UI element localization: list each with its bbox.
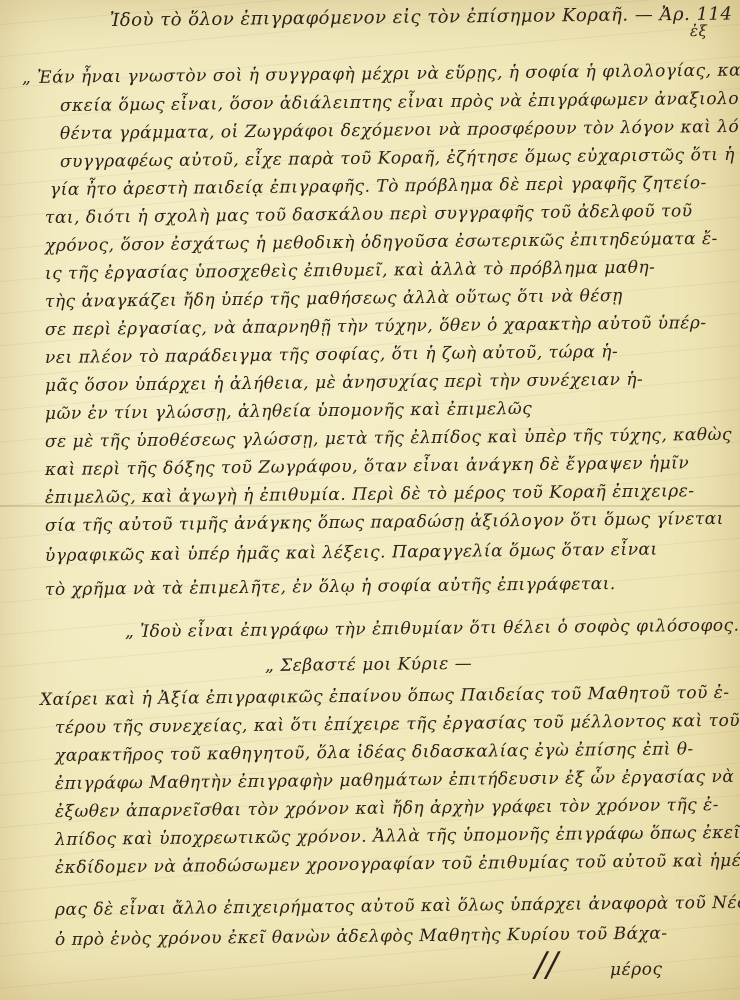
closing-word: μέρος	[610, 959, 663, 980]
salutation: „ Σεβαστέ μοι Κύριε —	[265, 654, 472, 676]
manuscript-page: Ἰδοὺ τὸ ὅλον ἐπιγραφόμενον εἰς τὸν ἐπίση…	[0, 0, 740, 1000]
margin-note: ἐξ	[690, 22, 708, 40]
signature-mark: //	[535, 945, 558, 985]
